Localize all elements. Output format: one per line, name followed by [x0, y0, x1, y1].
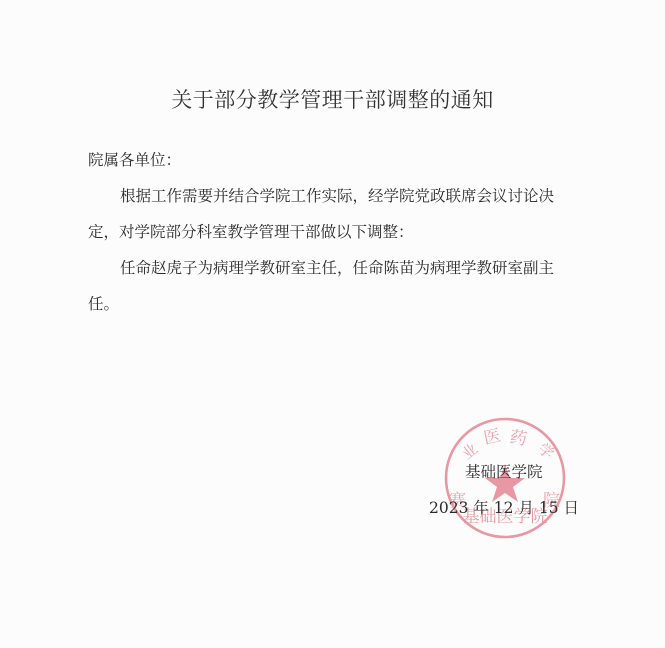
stamp-ring-text: 医 — [482, 426, 503, 449]
body-paragraph-1: 根据工作需要并结合学院工作实际，经学院党政联席会议讨论决定，对学院部分科室教学管… — [88, 178, 583, 250]
signature-date: 2023 年 12 月 15 日 — [429, 496, 579, 518]
svg-text:药: 药 — [508, 427, 528, 450]
document-title: 关于部分教学管理干部调整的通知 — [0, 84, 665, 114]
signature-organization: 基础医学院 — [465, 460, 543, 482]
salutation: 院属各单位： — [88, 142, 583, 178]
document-page: 关于部分教学管理干部调整的通知 院属各单位： 根据工作需要并结合学院工作实际，经… — [0, 0, 665, 648]
body-paragraph-2: 任命赵虎子为病理学教研室主任，任命陈苗为病理学教研室副主任。 — [88, 250, 583, 322]
